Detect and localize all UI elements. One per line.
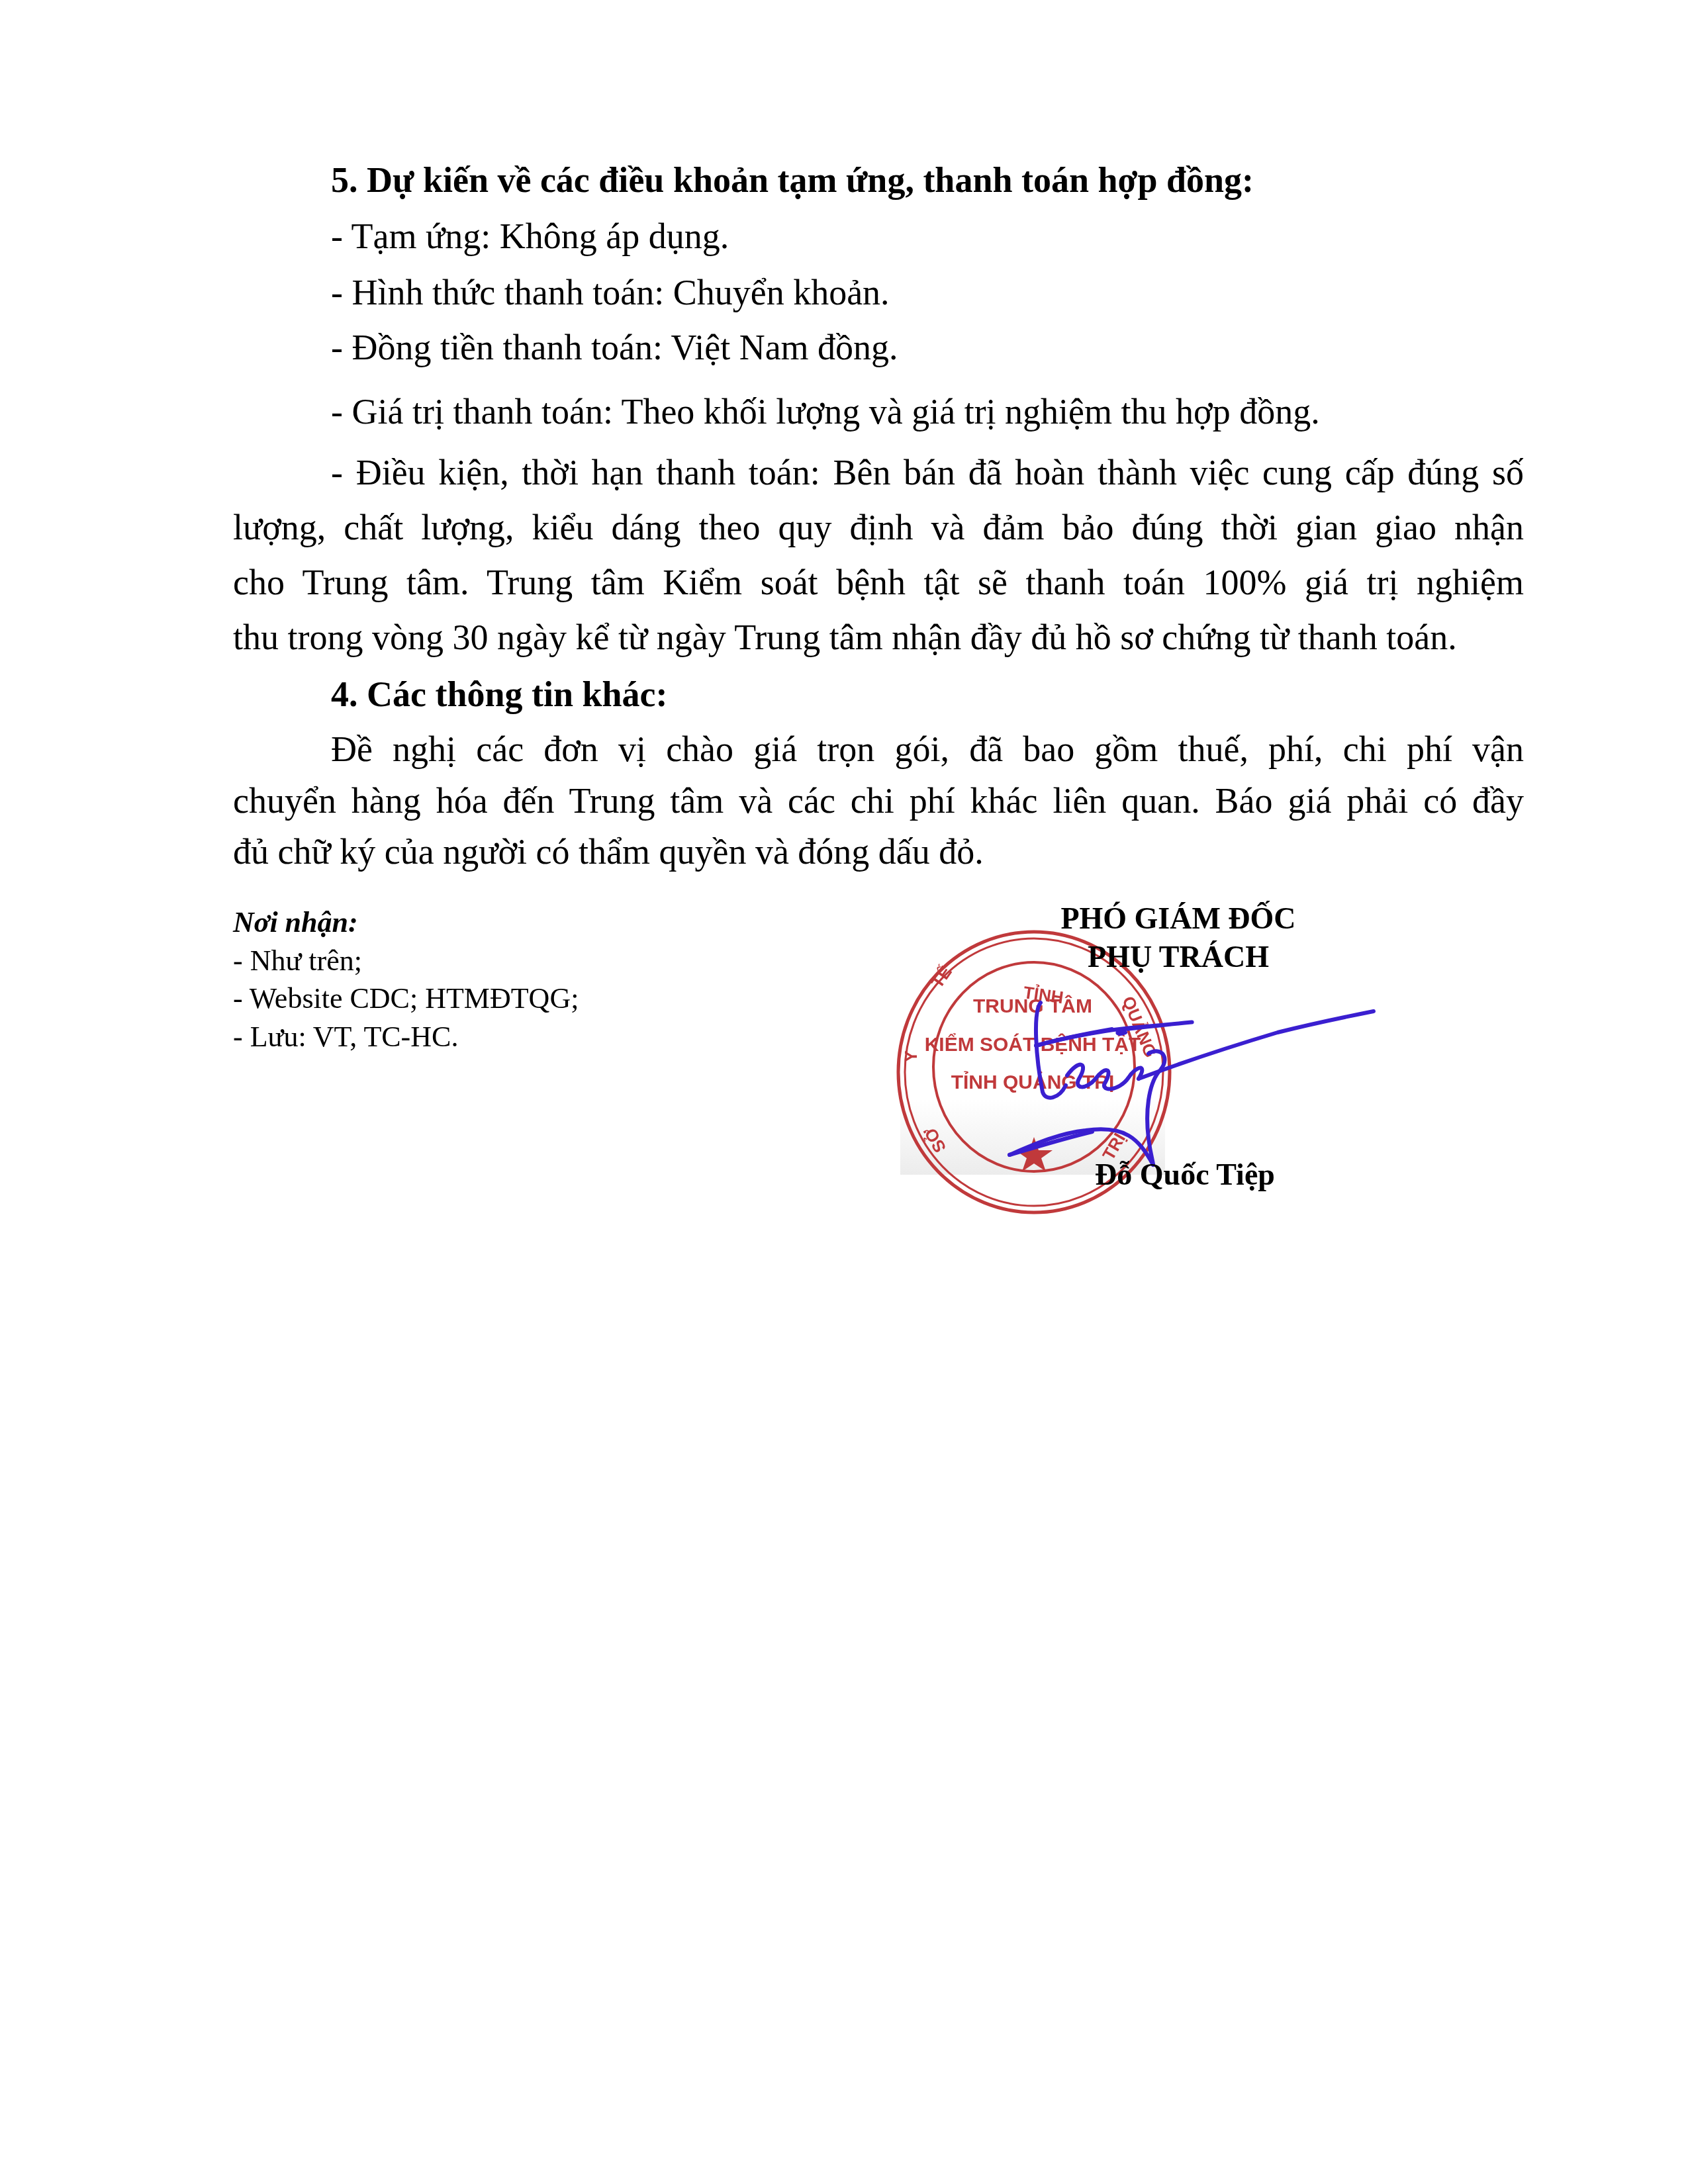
signer-name: Đỗ Quốc Tiệp — [953, 1160, 1417, 1190]
handwritten-signature-icon — [0, 0, 1688, 2184]
document-page: 5. Dự kiến về các điều khoản tạm ứng, th… — [0, 0, 1688, 2184]
